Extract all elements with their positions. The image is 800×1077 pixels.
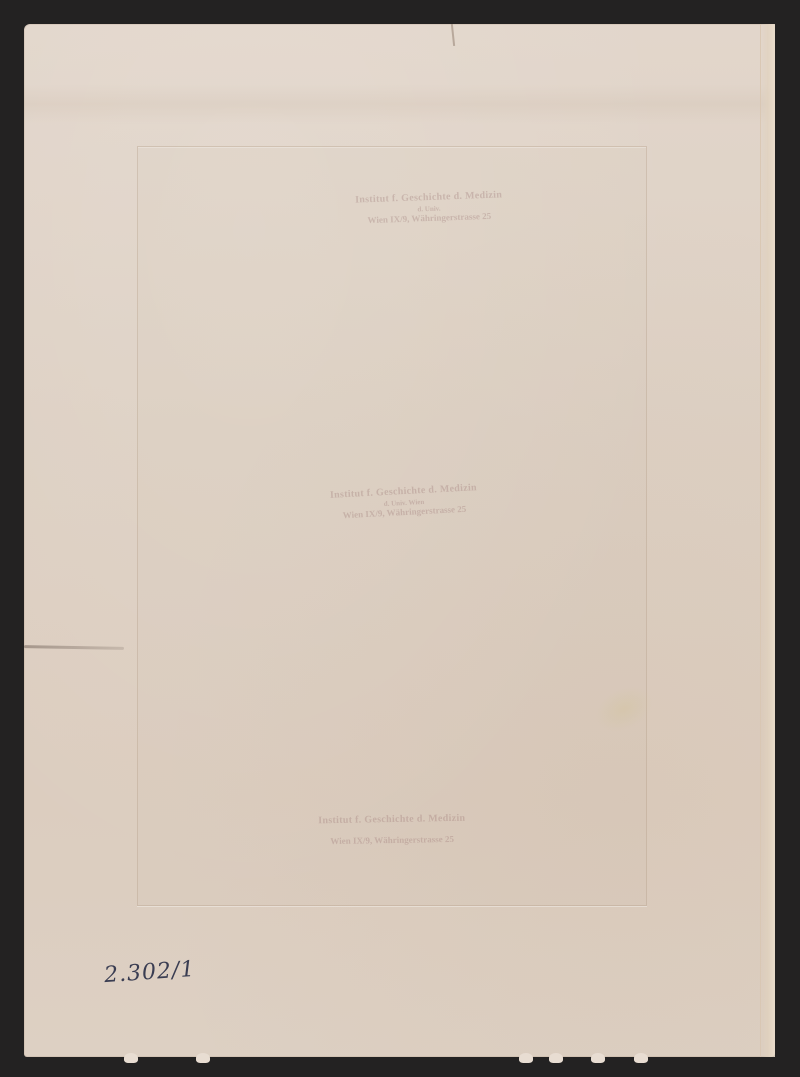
edge-tear xyxy=(591,1053,605,1063)
paper-sheet: Institut f. Geschichte d. Medizin d. Uni… xyxy=(24,24,775,1057)
edge-tear xyxy=(196,1053,210,1063)
library-stamp: Institut f. Geschichte d. Medizin Wien I… xyxy=(307,813,478,848)
library-stamp: Institut f. Geschichte d. Medizin d. Uni… xyxy=(343,189,514,227)
sheet-edge-strip xyxy=(760,24,775,1057)
handwritten-inventory-number: 2.302/1 xyxy=(103,957,196,988)
plate-mark-border xyxy=(137,146,647,906)
edge-tear xyxy=(549,1053,563,1063)
discoloration-band xyxy=(24,84,775,124)
paper-crease xyxy=(24,645,124,650)
edge-crack xyxy=(451,24,455,46)
edge-tear xyxy=(124,1053,138,1063)
edge-tear xyxy=(634,1053,648,1063)
edge-tear xyxy=(519,1053,533,1063)
